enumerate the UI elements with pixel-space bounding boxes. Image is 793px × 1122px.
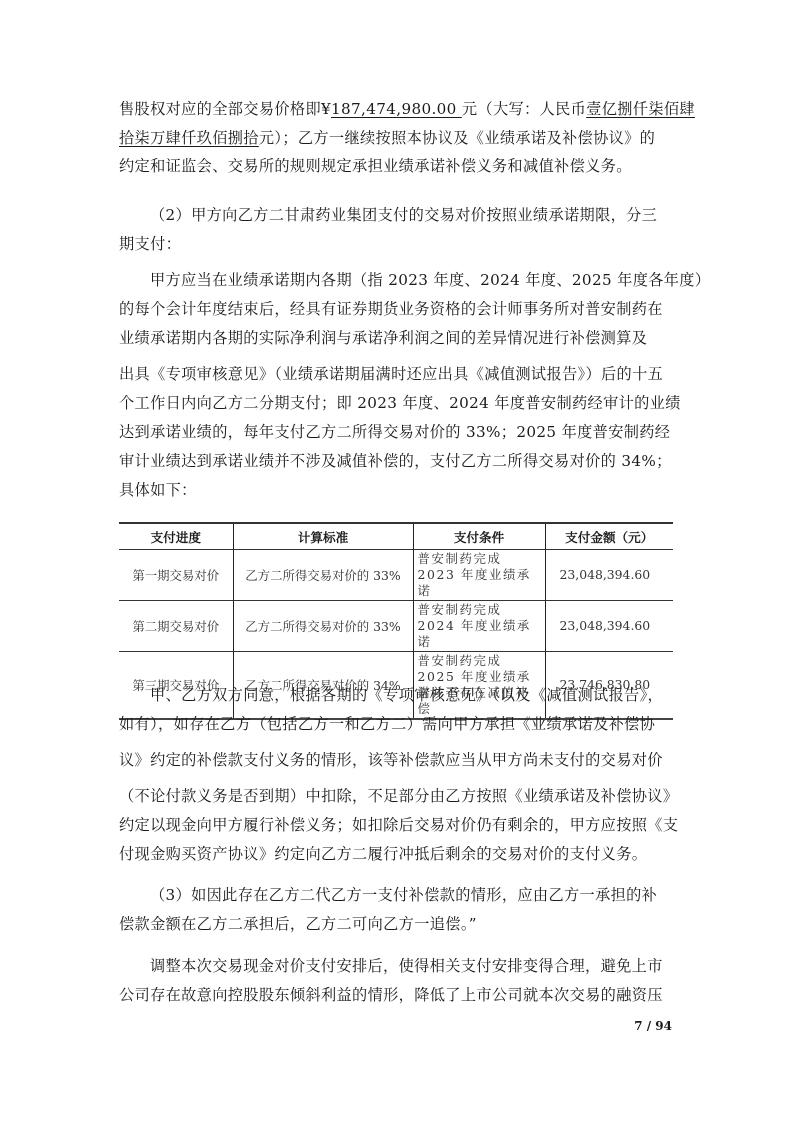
- text-line: 调整本次交易现金对价支付安排后，使得相关支付安排变得合理，避免上市: [119, 956, 675, 976]
- table-row: 第一期交易对价 乙方二所得交易对价的 33% 普安制药完成 2023 年度业绩承…: [119, 549, 673, 600]
- cell-condition: 普安制药完成 2023 年度业绩承诺: [413, 549, 545, 600]
- text-line: 付现金购买资产协议》约定向乙方二履行冲抵后剩余的交易对价的支付义务。: [119, 844, 675, 864]
- text-line: （不论付款义务是否到期）中扣除，不足部分由乙方按照《业绩承诺及补偿协议》: [119, 786, 675, 806]
- text-line: 议》约定的补偿款支付义务的情形，该等补偿款应当从甲方尚未支付的交易对价: [119, 750, 675, 770]
- cell-condition: 普安制药完成 2024 年度业绩承诺: [413, 600, 545, 651]
- cell-amount: 23,048,394.60: [545, 600, 673, 651]
- text-line: 业绩承诺期内各期的实际净利润与承诺净利润之间的差异情况进行补偿测算及: [119, 328, 675, 348]
- text-line: 期支付：: [119, 234, 675, 254]
- cell-standard: 乙方二所得交易对价的 33%: [233, 600, 413, 651]
- text-line: 如有），如存在乙方（包括乙方一和乙方二）需向甲方承担《业绩承诺及补偿协: [119, 714, 675, 734]
- text-run: 元（大写：人民币: [462, 100, 586, 118]
- text-line: （3）如因此存在乙方二代乙方一支付补偿款的情形，应由乙方一承担的补: [119, 885, 675, 905]
- column-header-amount: 支付金额（元）: [545, 523, 673, 549]
- cell-stage: 第一期交易对价: [119, 549, 233, 600]
- text-line: 甲、乙方双方同意，根据各期的《专项审核意见》（以及《减值测试报告》，: [119, 685, 675, 705]
- cell-standard: 乙方二所得交易对价的 33%: [233, 549, 413, 600]
- table-header-row: 支付进度 计算标准 支付条件 支付金额（元）: [119, 523, 673, 549]
- cell-amount: 23,048,394.60: [545, 549, 673, 600]
- text-line: 约定和证监会、交易所的规则规定承担业绩承诺补偿义务和减值补偿义务。: [119, 156, 675, 176]
- document-page: 售股权对应的全部交易价格即¥187,474,980.00 元（大写：人民币壹亿捌…: [0, 0, 793, 1122]
- text-line: 的每个会计年度结束后，经具有证券期货业务资格的会计师事务所对普安制药在: [119, 299, 675, 319]
- page-number: 7 / 94: [0, 1019, 672, 1033]
- text-line: 售股权对应的全部交易价格即¥187,474,980.00 元（大写：人民币壹亿捌…: [119, 99, 675, 119]
- amount-in-words-underlined: 壹亿捌仟柒佰肆: [586, 100, 695, 118]
- text-line: 偿款金额在乙方二承担后，乙方二可向乙方一追偿。”: [119, 914, 675, 934]
- cell-stage: 第二期交易对价: [119, 600, 233, 651]
- amount-underlined: 187,474,980.00: [331, 100, 462, 118]
- text-run: 售股权对应的全部交易价格即¥: [119, 100, 331, 118]
- text-line: 拾柒万肆仟玖佰捌拾元）；乙方一继续按照本协议及《业绩承诺及补偿协议》的: [119, 128, 675, 148]
- column-header-condition: 支付条件: [413, 523, 545, 549]
- column-header-stage: 支付进度: [119, 523, 233, 549]
- text-line: 个工作日内向乙方二分期支付；即 2023 年度、2024 年度普安制药经审计的业…: [119, 393, 675, 413]
- column-header-standard: 计算标准: [233, 523, 413, 549]
- text-line: 约定以现金向甲方履行补偿义务；如扣除后交易对价仍有剩余的，甲方应按照《支: [119, 815, 675, 835]
- text-line: 出具《专项审核意见》（业绩承诺期届满时还应出具《减值测试报告》）后的十五: [119, 364, 675, 384]
- text-line: 公司存在故意向控股股东倾斜利益的情形，降低了上市公司就本次交易的融资压: [119, 985, 675, 1005]
- table-row: 第二期交易对价 乙方二所得交易对价的 33% 普安制药完成 2024 年度业绩承…: [119, 600, 673, 651]
- text-line: 甲方应当在业绩承诺期内各期（指 2023 年度、2024 年度、2025 年度各…: [119, 270, 675, 290]
- text-line: （2）甲方向乙方二甘肃药业集团支付的交易对价按照业绩承诺期限，分三: [119, 205, 675, 225]
- text-line: 具体如下：: [119, 480, 675, 500]
- text-line: 达到承诺业绩的，每年支付乙方二所得交易对价的 33%；2025 年度普安制药经: [119, 422, 675, 442]
- text-run: 元）；乙方一继续按照本协议及《业绩承诺及补偿协议》的: [259, 129, 655, 147]
- amount-in-words-underlined: 拾柒万肆仟玖佰捌拾: [119, 129, 259, 147]
- text-line: 审计业绩达到承诺业绩并不涉及减值补偿的，支付乙方二所得交易对价的 34%；: [119, 451, 675, 471]
